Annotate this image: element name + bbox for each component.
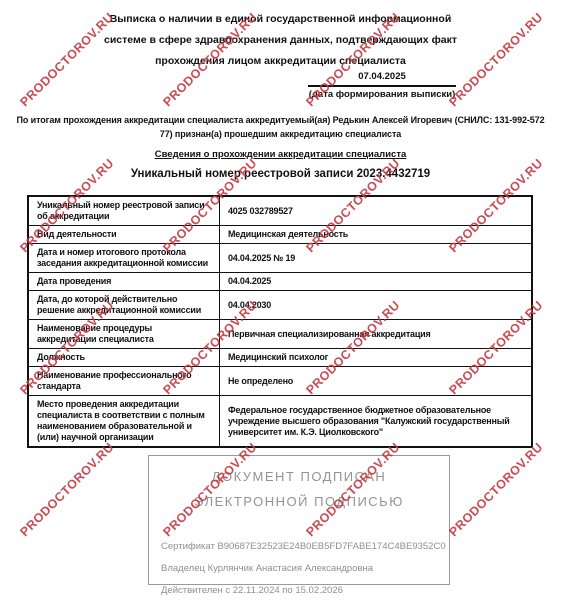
table-row: Наименование процедуры аккредитации спец…	[28, 320, 532, 349]
row-value: Медицинская деятельность	[220, 226, 533, 244]
table-row: Должность Медицинский психолог	[28, 349, 532, 367]
document-page: Выписка о наличии в единой государственн…	[0, 0, 561, 600]
row-value: Федеральное государственное бюджетное об…	[220, 396, 533, 448]
accreditation-summary-line: 77) признан(а) прошедшим аккредитацию сп…	[0, 127, 561, 141]
document-title-line: прохождения лицом аккредитации специалис…	[0, 51, 561, 72]
row-value: Медицинский психолог	[220, 349, 533, 367]
table-row: Дата проведения 04.04.2025	[28, 273, 532, 291]
signature-validity: Действителен с 22.11.2024 по 15.02.2026	[161, 580, 449, 600]
row-label: Место проведения аккредитации специалист…	[28, 396, 220, 448]
table-row: Место проведения аккредитации специалист…	[28, 396, 532, 448]
row-label: Вид деятельности	[28, 226, 220, 244]
registry-record-heading: Уникальный номер реестровой записи 2023.…	[0, 168, 561, 180]
row-label: Дата, до которой действительно решение а…	[28, 291, 220, 320]
row-label: Наименование профессионального стандарта	[28, 367, 220, 396]
watermark: PRODOCTOROV.RU	[446, 440, 546, 540]
document-title: Выписка о наличии в единой государственн…	[0, 9, 561, 72]
row-label: Должность	[28, 349, 220, 367]
row-value: Первичная специализированная аккредитаци…	[220, 320, 533, 349]
table-row: Уникальный номер реестровой записи об ак…	[28, 196, 532, 226]
signature-certificate: Сертификат B90687E32523E24B0EB5FD7FABE17…	[161, 536, 449, 558]
accreditation-details-table: Уникальный номер реестровой записи об ак…	[27, 195, 533, 448]
signature-stamp-title: ДОКУМЕНТ ПОДПИСАН ЭЛЕКТРОННОЙ ПОДПИСЬЮ	[149, 464, 449, 514]
row-value: 04.04.2025	[220, 273, 533, 291]
accreditation-summary: По итогам прохождения аккредитации специ…	[0, 113, 561, 141]
row-value: Не определено	[220, 367, 533, 396]
row-label: Наименование процедуры аккредитации спец…	[28, 320, 220, 349]
document-title-line: Выписка о наличии в единой государственн…	[0, 9, 561, 30]
extract-date: 07.04.2025	[308, 71, 456, 87]
row-label: Дата и номер итогового протокола заседан…	[28, 244, 220, 273]
row-label: Дата проведения	[28, 273, 220, 291]
row-value: 4025 032789527	[220, 196, 533, 226]
signature-stamp-title-line: ДОКУМЕНТ ПОДПИСАН	[149, 464, 449, 489]
row-label: Уникальный номер реестровой записи об ак…	[28, 196, 220, 226]
table-row: Вид деятельности Медицинская деятельност…	[28, 226, 532, 244]
table-row: Дата и номер итогового протокола заседан…	[28, 244, 532, 273]
document-title-line: системе в сфере здравоохранения данных, …	[0, 30, 561, 51]
accreditation-summary-line: По итогам прохождения аккредитации специ…	[0, 113, 561, 127]
section-heading: Сведения о прохождении аккредитации спец…	[0, 149, 561, 160]
signature-owner: Владелец Курлянчик Анастасия Александров…	[161, 558, 449, 580]
extract-date-block: 07.04.2025 (дата формирования выписки)	[308, 71, 456, 100]
electronic-signature-stamp: ДОКУМЕНТ ПОДПИСАН ЭЛЕКТРОННОЙ ПОДПИСЬЮ С…	[148, 455, 450, 585]
signature-details: Сертификат B90687E32523E24B0EB5FD7FABE17…	[149, 536, 449, 600]
table-row: Дата, до которой действительно решение а…	[28, 291, 532, 320]
row-value: 04.04.2030	[220, 291, 533, 320]
row-value: 04.04.2025 № 19	[220, 244, 533, 273]
extract-date-caption: (дата формирования выписки)	[308, 87, 456, 100]
watermark: PRODOCTOROV.RU	[17, 440, 117, 540]
signature-stamp-title-line: ЭЛЕКТРОННОЙ ПОДПИСЬЮ	[149, 489, 449, 514]
table-row: Наименование профессионального стандарта…	[28, 367, 532, 396]
